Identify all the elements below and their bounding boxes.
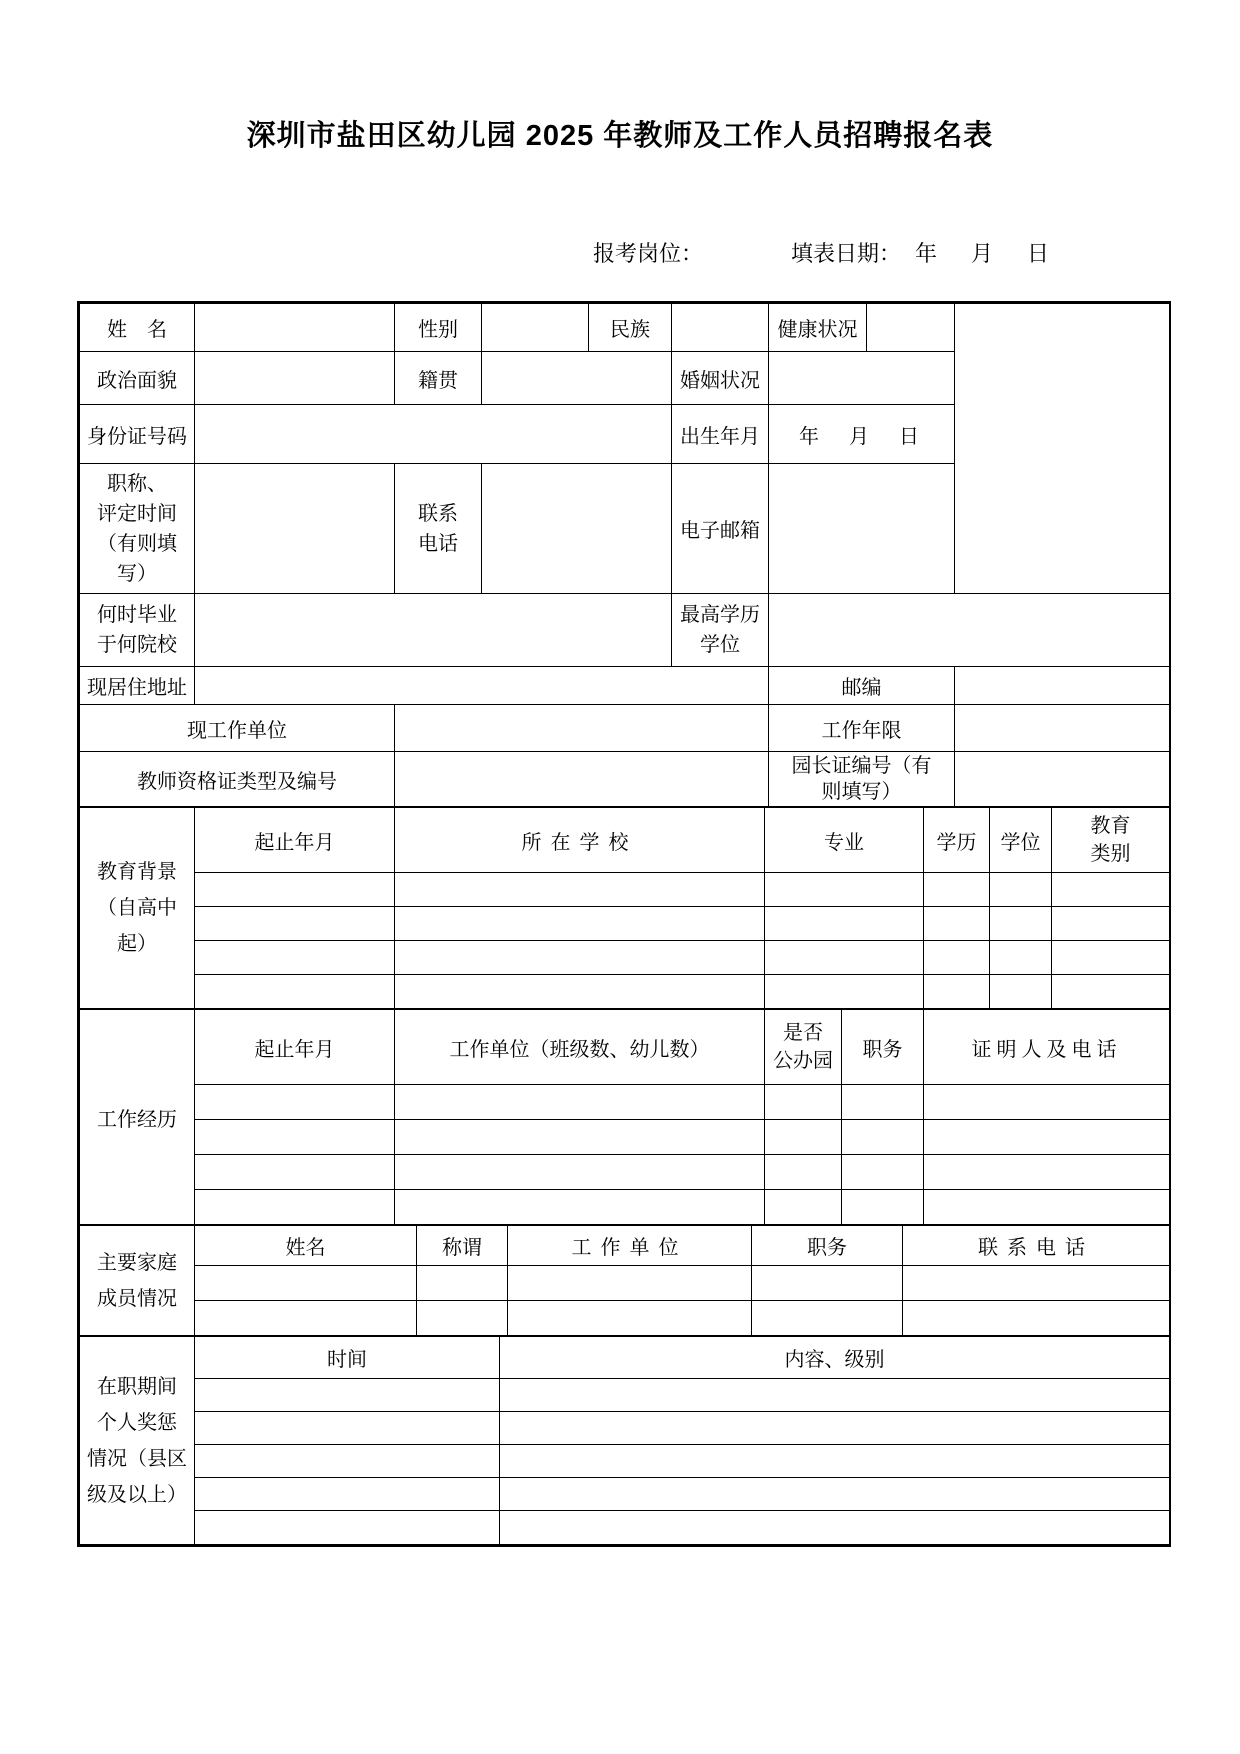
education-diploma-cell[interactable]	[990, 873, 1052, 907]
principal-cert-label: 园长证编号（有 则填写）	[769, 752, 955, 807]
current-employer-input-cell[interactable]	[395, 705, 769, 752]
email-label: 电子邮箱	[672, 464, 769, 594]
work-col-public: 是否 公办园	[765, 1010, 842, 1085]
education-section-label: 教育背景 （自高中 起）	[80, 808, 195, 1009]
work-reference-cell[interactable]	[924, 1155, 1170, 1190]
work-employer-cell[interactable]	[395, 1085, 765, 1120]
awards-content-cell[interactable]	[500, 1379, 1170, 1412]
family-name-cell[interactable]	[195, 1301, 417, 1336]
awards-content-cell[interactable]	[500, 1511, 1170, 1545]
form-page: 深圳市盐田区幼儿园 2025 年教师及工作人员招聘报名表 报考岗位：填表日期：年…	[0, 0, 1240, 1754]
awards-row	[80, 1445, 1170, 1478]
awards-time-cell[interactable]	[195, 1511, 500, 1545]
address-input-cell[interactable]	[195, 667, 769, 705]
education-col-diploma: 学位	[990, 808, 1052, 873]
work-row	[80, 1120, 1170, 1155]
principal-cert-input-cell[interactable]	[955, 752, 1170, 807]
awards-time-cell[interactable]	[195, 1478, 500, 1511]
graduation-input-cell[interactable]	[195, 594, 672, 667]
awards-col-content: 内容、级别	[500, 1337, 1170, 1379]
education-period-cell[interactable]	[195, 907, 395, 941]
education-period-cell[interactable]	[195, 975, 395, 1009]
awards-row	[80, 1511, 1170, 1545]
awards-time-cell[interactable]	[195, 1412, 500, 1445]
work-period-cell[interactable]	[195, 1190, 395, 1225]
highest-degree-label: 最高学历 学位	[672, 594, 769, 667]
education-degree-cell[interactable]	[924, 907, 990, 941]
highest-degree-input-cell[interactable]	[769, 594, 1170, 667]
work-employer-cell[interactable]	[395, 1155, 765, 1190]
education-major-cell[interactable]	[765, 975, 924, 1009]
professional-title-label: 职称、 评定时间 （有则填 写）	[80, 464, 195, 594]
education-degree-cell[interactable]	[924, 941, 990, 975]
work-reference-cell[interactable]	[924, 1085, 1170, 1120]
marital-status-label: 婚姻状况	[672, 352, 769, 405]
postcode-input-cell[interactable]	[955, 667, 1170, 705]
health-label: 健康状况	[769, 304, 867, 352]
family-row	[80, 1301, 1170, 1336]
work-years-label: 工作年限	[769, 705, 955, 752]
work-col-employer: 工作单位（班级数、幼儿数）	[395, 1010, 765, 1085]
personal-info-section: 姓 名 性别 民族 健康状况 政治面貌 籍贯 婚姻状况 身份证号码	[79, 303, 1170, 807]
family-col-position: 职务	[752, 1226, 903, 1266]
work-public-cell[interactable]	[765, 1085, 842, 1120]
family-employer-cell[interactable]	[508, 1266, 752, 1301]
family-position-cell[interactable]	[752, 1266, 903, 1301]
education-period-cell[interactable]	[195, 873, 395, 907]
work-col-period: 起止年月	[195, 1010, 395, 1085]
id-number-label: 身份证号码	[80, 405, 195, 464]
meta-line: 报考岗位：填表日期：年 月 日	[593, 237, 1055, 268]
family-col-name: 姓名	[195, 1226, 417, 1266]
family-phone-cell[interactable]	[903, 1266, 1170, 1301]
awards-content-cell[interactable]	[500, 1478, 1170, 1511]
education-period-cell[interactable]	[195, 941, 395, 975]
education-school-cell[interactable]	[395, 907, 765, 941]
family-col-employer: 工作单位	[508, 1226, 752, 1266]
education-col-degree: 学历	[924, 808, 990, 873]
education-type-cell[interactable]	[1052, 941, 1170, 975]
health-input-cell[interactable]	[867, 304, 955, 352]
education-school-cell[interactable]	[395, 975, 765, 1009]
family-phone-cell[interactable]	[903, 1301, 1170, 1336]
education-major-cell[interactable]	[765, 873, 924, 907]
education-row	[80, 975, 1170, 1009]
education-col-period: 起止年月	[195, 808, 395, 873]
gender-label: 性别	[395, 304, 482, 352]
education-row	[80, 907, 1170, 941]
gender-input-cell[interactable]	[482, 304, 589, 352]
work-period-cell[interactable]	[195, 1085, 395, 1120]
awards-section: 在职期间 个人奖惩 情况（县区 级及以上） 时间 内容、级别	[79, 1336, 1170, 1545]
education-major-cell[interactable]	[765, 907, 924, 941]
family-position-cell[interactable]	[752, 1301, 903, 1336]
work-row	[80, 1190, 1170, 1225]
education-row	[80, 941, 1170, 975]
political-status-input-cell[interactable]	[195, 352, 395, 405]
work-position-cell[interactable]	[842, 1085, 924, 1120]
education-major-cell[interactable]	[765, 941, 924, 975]
work-employer-cell[interactable]	[395, 1190, 765, 1225]
work-position-cell[interactable]	[842, 1120, 924, 1155]
awards-time-cell[interactable]	[195, 1379, 500, 1412]
education-row	[80, 873, 1170, 907]
awards-col-time: 时间	[195, 1337, 500, 1379]
current-employer-label: 现工作单位	[80, 705, 395, 752]
awards-content-cell[interactable]	[500, 1445, 1170, 1478]
work-public-cell[interactable]	[765, 1155, 842, 1190]
name-input-cell[interactable]	[195, 304, 395, 352]
awards-row	[80, 1379, 1170, 1412]
work-reference-cell[interactable]	[924, 1120, 1170, 1155]
name-label: 姓 名	[80, 304, 195, 352]
email-input-cell[interactable]	[769, 464, 955, 594]
photo-area[interactable]	[955, 304, 1170, 594]
work-row	[80, 1085, 1170, 1120]
work-row	[80, 1155, 1170, 1190]
work-section-label: 工作经历	[80, 1010, 195, 1225]
work-position-cell[interactable]	[842, 1190, 924, 1225]
family-employer-cell[interactable]	[508, 1301, 752, 1336]
family-relation-cell[interactable]	[417, 1301, 508, 1336]
graduation-label: 何时毕业 于何院校	[80, 594, 195, 667]
work-col-position: 职务	[842, 1010, 924, 1085]
family-relation-cell[interactable]	[417, 1266, 508, 1301]
education-degree-cell[interactable]	[924, 975, 990, 1009]
birth-date-value[interactable]: 年 月 日	[769, 405, 955, 464]
work-position-cell[interactable]	[842, 1155, 924, 1190]
phone-input-cell[interactable]	[482, 464, 672, 594]
education-school-cell[interactable]	[395, 941, 765, 975]
native-place-label: 籍贯	[395, 352, 482, 405]
marital-status-input-cell[interactable]	[769, 352, 955, 405]
phone-label: 联系 电话	[395, 464, 482, 594]
id-number-input-cell[interactable]	[195, 405, 672, 464]
political-status-label: 政治面貌	[80, 352, 195, 405]
awards-content-cell[interactable]	[500, 1412, 1170, 1445]
work-public-cell[interactable]	[765, 1190, 842, 1225]
work-period-cell[interactable]	[195, 1120, 395, 1155]
page-title: 深圳市盐田区幼儿园 2025 年教师及工作人员招聘报名表	[0, 113, 1240, 154]
education-type-cell[interactable]	[1052, 907, 1170, 941]
education-school-cell[interactable]	[395, 873, 765, 907]
family-col-phone: 联系电话	[903, 1226, 1170, 1266]
education-degree-cell[interactable]	[924, 873, 990, 907]
education-section: 教育背景 （自高中 起） 起止年月 所在学校 专业 学历 学位 教育 类别	[79, 807, 1170, 1009]
ethnicity-input-cell[interactable]	[672, 304, 769, 352]
work-employer-cell[interactable]	[395, 1120, 765, 1155]
work-experience-section: 工作经历 起止年月 工作单位（班级数、幼儿数） 是否 公办园 职务 证明人及电话	[79, 1009, 1170, 1225]
work-col-reference: 证明人及电话	[924, 1010, 1170, 1085]
education-diploma-cell[interactable]	[990, 907, 1052, 941]
family-col-relation: 称谓	[417, 1226, 508, 1266]
postcode-label: 邮编	[769, 667, 955, 705]
awards-time-cell[interactable]	[195, 1445, 500, 1478]
family-row	[80, 1266, 1170, 1301]
education-type-cell[interactable]	[1052, 975, 1170, 1009]
work-period-cell[interactable]	[195, 1155, 395, 1190]
work-reference-cell[interactable]	[924, 1190, 1170, 1225]
address-label: 现居住地址	[80, 667, 195, 705]
ethnicity-label: 民族	[589, 304, 672, 352]
family-members-section: 主要家庭 成员情况 姓名 称谓 工作单位 职务 联系电话	[79, 1225, 1170, 1336]
fill-date-value: 年 月 日	[915, 241, 1055, 266]
teacher-cert-input-cell[interactable]	[395, 752, 769, 807]
awards-row	[80, 1412, 1170, 1445]
fill-date-label: 填表日期：	[791, 241, 901, 266]
awards-section-label: 在职期间 个人奖惩 情况（县区 级及以上）	[80, 1337, 195, 1545]
work-years-input-cell[interactable]	[955, 705, 1170, 752]
professional-title-input-cell[interactable]	[195, 464, 395, 594]
application-form-table: 姓 名 性别 民族 健康状况 政治面貌 籍贯 婚姻状况 身份证号码	[77, 301, 1171, 1547]
native-place-input-cell[interactable]	[482, 352, 672, 405]
work-public-cell[interactable]	[765, 1120, 842, 1155]
education-diploma-cell[interactable]	[990, 941, 1052, 975]
birth-date-label: 出生年月	[672, 405, 769, 464]
education-col-type: 教育 类别	[1052, 808, 1170, 873]
awards-row	[80, 1478, 1170, 1511]
teacher-cert-label: 教师资格证类型及编号	[80, 752, 395, 807]
family-name-cell[interactable]	[195, 1266, 417, 1301]
education-col-major: 专业	[765, 808, 924, 873]
education-diploma-cell[interactable]	[990, 975, 1052, 1009]
apply-position-label: 报考岗位：	[593, 241, 703, 266]
family-section-label: 主要家庭 成员情况	[80, 1226, 195, 1336]
education-type-cell[interactable]	[1052, 873, 1170, 907]
education-col-school: 所在学校	[395, 808, 765, 873]
